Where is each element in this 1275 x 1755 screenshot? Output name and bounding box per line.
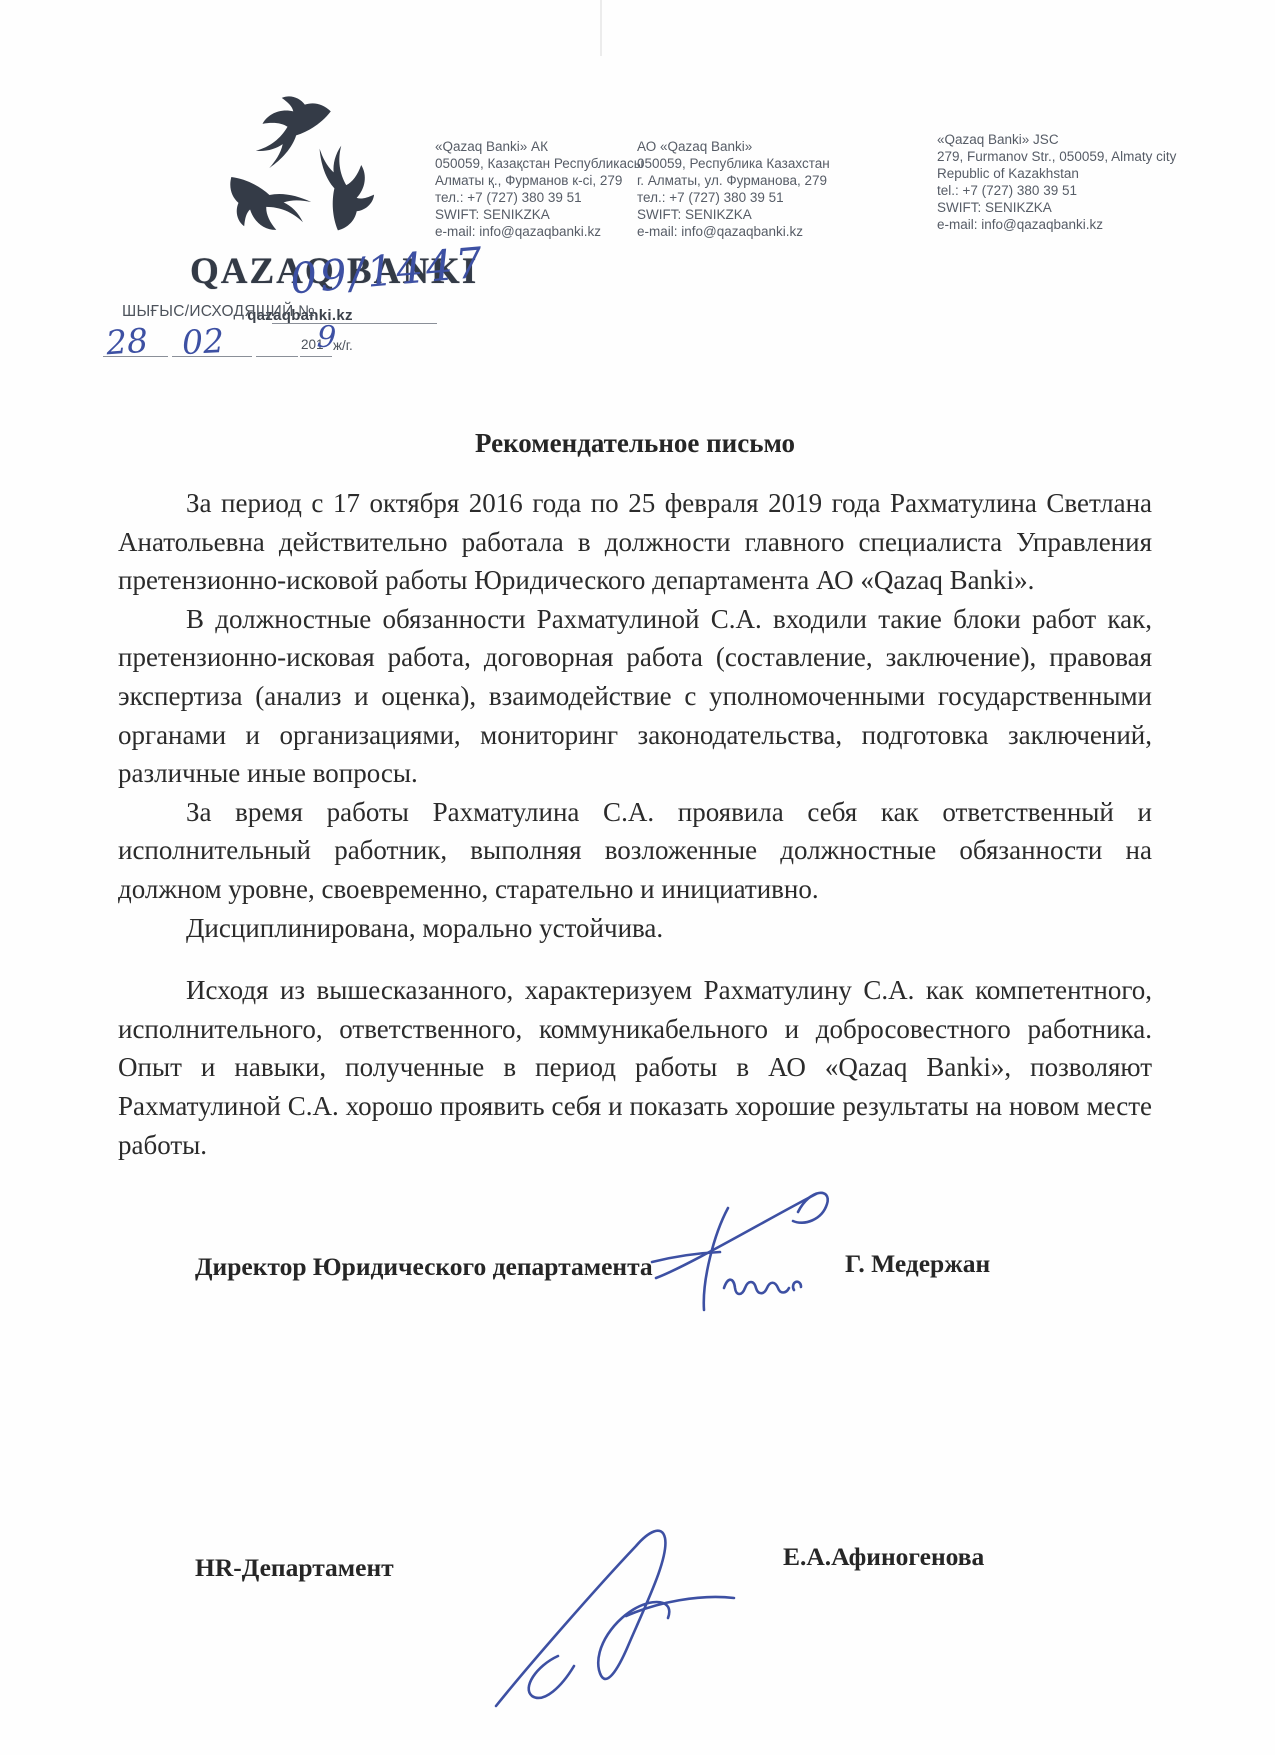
contact-line: Republic of Kazakhstan [937, 165, 1187, 182]
contact-line: e-mail: info@qazaqbanki.kz [937, 216, 1187, 233]
paragraph-performance: За время работы Рахматулина С.А. проявил… [118, 793, 1152, 909]
contact-line: SWIFT: SENIKZKA [435, 206, 650, 223]
contact-line: тел.: +7 (727) 380 39 51 [637, 189, 852, 206]
contact-line: SWIFT: SENIKZKA [937, 199, 1187, 216]
contact-line: «Qazaq Banki» АК [435, 138, 650, 155]
paragraph-recommendation: Исходя из вышесказанного, характеризуем … [118, 971, 1152, 1164]
contact-line: e-mail: info@qazaqbanki.kz [435, 223, 650, 240]
paragraph-duties: В должностные обязанности Рахматулиной С… [118, 600, 1152, 793]
paragraph-discipline: Дисциплинирована, морально устойчива. [118, 909, 1152, 948]
signer-name-hr: Е.А.Афиногенова [783, 1542, 984, 1572]
contact-line: 050059, Республика Казахстан [637, 155, 852, 172]
contact-line: tel.: +7 (727) 380 39 51 [937, 182, 1187, 199]
signer-name-director: Г. Медержан [845, 1249, 990, 1279]
date-gap-underline [256, 336, 298, 357]
contact-line: АО «Qazaq Banki» [637, 138, 852, 155]
contact-line: тел.: +7 (727) 380 39 51 [435, 189, 650, 206]
date-month-underline [172, 336, 252, 357]
contact-line: Алматы қ., Фурманов к-сі, 279 [435, 172, 650, 189]
scan-artifact-line [600, 0, 602, 56]
letter-body: За период с 17 октября 2016 года по 25 ф… [118, 484, 1152, 1164]
contact-line: «Qazaq Banki» JSC [937, 131, 1187, 148]
signer-role-director: Директор Юридического департамента [195, 1252, 653, 1282]
year-underline [300, 336, 332, 357]
contact-block-russian: АО «Qazaq Banki» 050059, Республика Каза… [637, 138, 852, 240]
contact-line: 279, Furmanov Str., 050059, Almaty city [937, 148, 1187, 165]
contact-line: 050059, Казақстан Республикасы [435, 155, 650, 172]
director-signature-ink [648, 1182, 838, 1317]
contact-line: г. Алматы, ул. Фурманова, 279 [637, 172, 852, 189]
signer-role-hr: HR-Департамент [195, 1553, 394, 1583]
contact-line: e-mail: info@qazaqbanki.kz [637, 223, 852, 240]
paragraph-employment-period: За период с 17 октября 2016 года по 25 ф… [118, 484, 1152, 600]
contact-line: SWIFT: SENIKZKA [637, 206, 852, 223]
contact-block-english: «Qazaq Banki» JSC 279, Furmanov Str., 05… [937, 131, 1187, 233]
letter-title: Рекомендательное письмо [118, 428, 1152, 459]
contact-block-kazakh: «Qazaq Banki» АК 050059, Казақстан Респу… [435, 138, 650, 240]
date-day-underline [103, 336, 168, 357]
swallow-birds-emblem-icon [220, 96, 380, 246]
year-suffix-printed: ж/г. [333, 338, 353, 353]
scanned-letter-page: QAZAQ BANKI qazaqbanki.kz «Qazaq Banki» … [0, 0, 1275, 1755]
hr-signature-ink [478, 1518, 778, 1718]
outgoing-number-underline [272, 303, 437, 324]
